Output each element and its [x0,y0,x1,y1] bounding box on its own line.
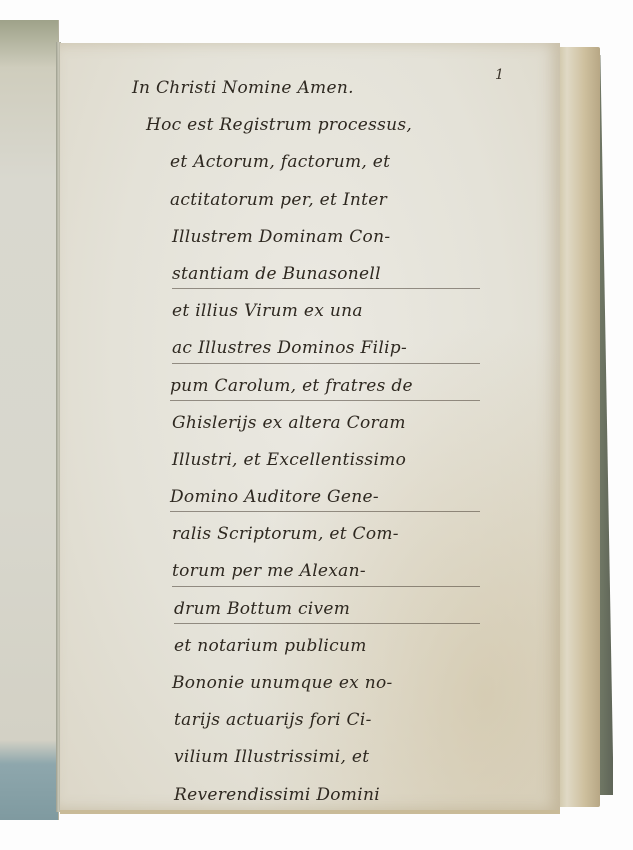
text-line: Illustrem Dominam Con- [172,219,480,256]
text-line: actitatorum per, et Inter [170,182,480,219]
text-line: ac Illustres Dominos Filip- [172,330,480,367]
text-line: et illius Virum ex una [172,293,480,330]
text-line: pum Carolum, et fratres de [170,368,480,405]
text-line: Reverendissimi Domini [174,777,480,814]
text-line: Hoc est Registrum processus, [146,107,480,144]
text-line: stantiam de Bunasonell [172,256,480,293]
text-line: drum Bottum civem [174,591,480,628]
text-line: Ghislerijs ex altera Coram [172,405,480,442]
text-line: ralis Scriptorum, et Com- [172,516,480,553]
text-line: et Actorum, factorum, et [170,144,480,181]
handwritten-text-block: In Christi Nomine Amen. Hoc est Registru… [140,70,480,814]
text-line: tarijs actuarijs fori Ci- [174,702,480,739]
text-line: Illustri, et Excellentissimo [172,442,480,479]
text-line: Bononie unumque ex no- [172,665,480,702]
text-line: vilium Illustrissimi, et [174,739,480,776]
text-line: et notarium publicum [174,628,480,665]
manuscript-scan: 1 In Christi Nomine Amen. Hoc est Regist… [0,0,633,850]
previous-leaf-stub [0,20,59,820]
text-line: In Christi Nomine Amen. [132,70,480,107]
text-line: Domino Auditore Gene- [170,479,480,516]
text-line: torum per me Alexan- [172,553,480,590]
folio-number: 1 [495,67,504,83]
